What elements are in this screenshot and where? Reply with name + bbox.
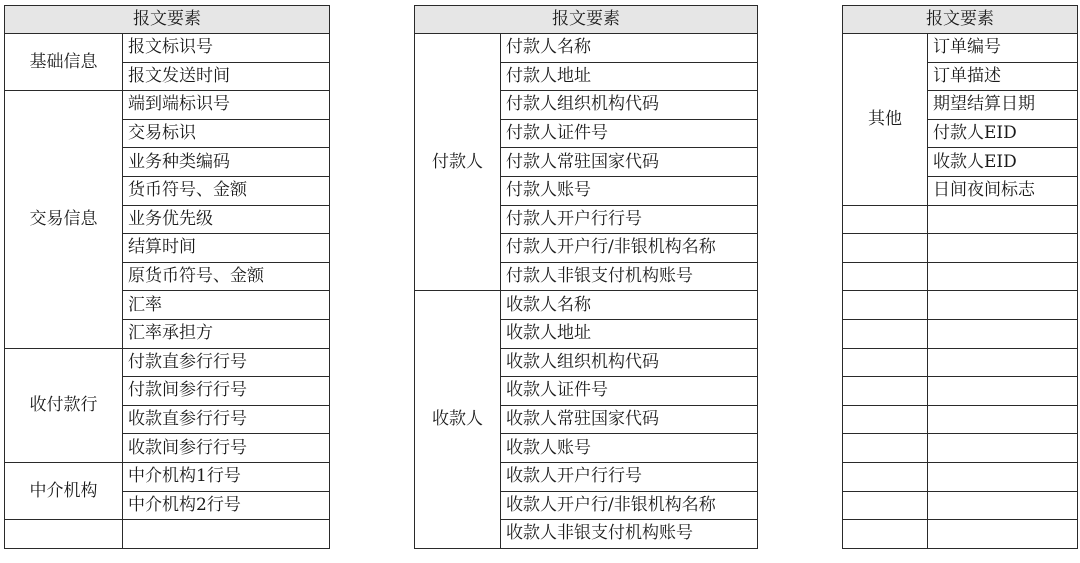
- empty-cell: [928, 520, 1078, 549]
- element-cell: 付款人常驻国家代码: [501, 148, 758, 177]
- table-row: 收付款行付款直参行行号: [5, 348, 330, 377]
- table-row-empty: [843, 520, 1078, 549]
- group-label-empty: [5, 520, 123, 549]
- element-cell: 期望结算日期: [928, 91, 1078, 120]
- table-header: 报文要素: [843, 6, 1078, 34]
- empty-cell: [928, 319, 1078, 348]
- element-cell-empty: [123, 520, 330, 549]
- message-elements-table-basic: 报文要素 基础信息报文标识号 报文发送时间 交易信息端到端标识号 交易标识 业务…: [4, 5, 330, 549]
- group-label: 收款人: [415, 291, 501, 548]
- table-row-empty: [843, 491, 1078, 520]
- element-cell: 中介机构2行号: [123, 491, 330, 520]
- empty-cell: [928, 434, 1078, 463]
- group-label: 中介机构: [5, 462, 123, 519]
- element-cell: 日间夜间标志: [928, 176, 1078, 205]
- element-cell: 付款人开户行/非银机构名称: [501, 234, 758, 263]
- element-cell: 收款人证件号: [501, 377, 758, 406]
- element-cell: 收款人账号: [501, 434, 758, 463]
- element-cell: 汇率: [123, 291, 330, 320]
- element-cell: 付款间参行行号: [123, 377, 330, 406]
- element-cell: 结算时间: [123, 234, 330, 263]
- element-cell: 中介机构1行号: [123, 462, 330, 491]
- message-elements-table-parties: 报文要素 付款人付款人名称 付款人地址 付款人组织机构代码 付款人证件号 付款人…: [414, 5, 758, 549]
- table-row-empty: [843, 262, 1078, 291]
- table-row: 基础信息报文标识号: [5, 34, 330, 63]
- group-label: 交易信息: [5, 91, 123, 348]
- empty-cell: [928, 205, 1078, 234]
- table-row: [5, 520, 330, 549]
- element-cell: 付款人证件号: [501, 119, 758, 148]
- table-row-empty: [843, 348, 1078, 377]
- element-cell: 收款人名称: [501, 291, 758, 320]
- element-cell: 付款直参行行号: [123, 348, 330, 377]
- table-row-empty: [843, 462, 1078, 491]
- element-cell: 收款人组织机构代码: [501, 348, 758, 377]
- empty-cell: [843, 434, 928, 463]
- element-cell: 收款人常驻国家代码: [501, 405, 758, 434]
- empty-cell: [843, 377, 928, 406]
- table-row: 交易信息端到端标识号: [5, 91, 330, 120]
- element-cell: 交易标识: [123, 119, 330, 148]
- empty-cell: [928, 405, 1078, 434]
- table-row-empty: [843, 205, 1078, 234]
- element-cell: 付款人账号: [501, 176, 758, 205]
- element-cell: 付款人名称: [501, 34, 758, 63]
- table-row-empty: [843, 405, 1078, 434]
- empty-cell: [928, 491, 1078, 520]
- table-row-empty: [843, 377, 1078, 406]
- element-cell: 收款人开户行行号: [501, 462, 758, 491]
- table-row: 收款人收款人名称: [415, 291, 758, 320]
- empty-cell: [843, 462, 928, 491]
- element-cell: 报文标识号: [123, 34, 330, 63]
- element-cell: 收款人非银支付机构账号: [501, 520, 758, 549]
- element-cell: 付款人非银支付机构账号: [501, 262, 758, 291]
- element-cell: 收款间参行行号: [123, 434, 330, 463]
- empty-cell: [928, 262, 1078, 291]
- group-label: 基础信息: [5, 34, 123, 91]
- element-cell: 业务种类编码: [123, 148, 330, 177]
- group-label: 其他: [843, 34, 928, 206]
- element-cell: 订单编号: [928, 34, 1078, 63]
- group-label: 收付款行: [5, 348, 123, 462]
- element-cell: 付款人地址: [501, 62, 758, 91]
- element-cell: 收款人地址: [501, 319, 758, 348]
- empty-cell: [843, 491, 928, 520]
- table-row-empty: [843, 319, 1078, 348]
- message-elements-table-other: 报文要素 其他订单编号 订单描述 期望结算日期 付款人EID 收款人EID 日间…: [842, 5, 1078, 549]
- table-row: 其他订单编号: [843, 34, 1078, 63]
- element-cell: 收款直参行行号: [123, 405, 330, 434]
- table-header: 报文要素: [5, 6, 330, 34]
- element-cell: 端到端标识号: [123, 91, 330, 120]
- element-cell: 货币符号、金额: [123, 176, 330, 205]
- empty-cell: [843, 205, 928, 234]
- element-cell: 付款人组织机构代码: [501, 91, 758, 120]
- element-cell: 报文发送时间: [123, 62, 330, 91]
- table-row: 付款人付款人名称: [415, 34, 758, 63]
- empty-cell: [928, 462, 1078, 491]
- empty-cell: [843, 348, 928, 377]
- empty-cell: [928, 377, 1078, 406]
- element-cell: 原货币符号、金额: [123, 262, 330, 291]
- group-label: 付款人: [415, 34, 501, 291]
- empty-cell: [843, 291, 928, 320]
- empty-cell: [843, 319, 928, 348]
- element-cell: 汇率承担方: [123, 319, 330, 348]
- table-row-empty: [843, 291, 1078, 320]
- element-cell: 付款人EID: [928, 119, 1078, 148]
- empty-cell: [928, 348, 1078, 377]
- element-cell: 收款人开户行/非银机构名称: [501, 491, 758, 520]
- table-row-empty: [843, 434, 1078, 463]
- empty-cell: [843, 234, 928, 263]
- empty-cell: [843, 262, 928, 291]
- table-row-empty: [843, 234, 1078, 263]
- empty-cell: [843, 405, 928, 434]
- element-cell: 收款人EID: [928, 148, 1078, 177]
- empty-cell: [843, 520, 928, 549]
- empty-cell: [928, 234, 1078, 263]
- element-cell: 付款人开户行行号: [501, 205, 758, 234]
- element-cell: 订单描述: [928, 62, 1078, 91]
- element-cell: 业务优先级: [123, 205, 330, 234]
- table-header: 报文要素: [415, 6, 758, 34]
- table-row: 中介机构中介机构1行号: [5, 462, 330, 491]
- empty-cell: [928, 291, 1078, 320]
